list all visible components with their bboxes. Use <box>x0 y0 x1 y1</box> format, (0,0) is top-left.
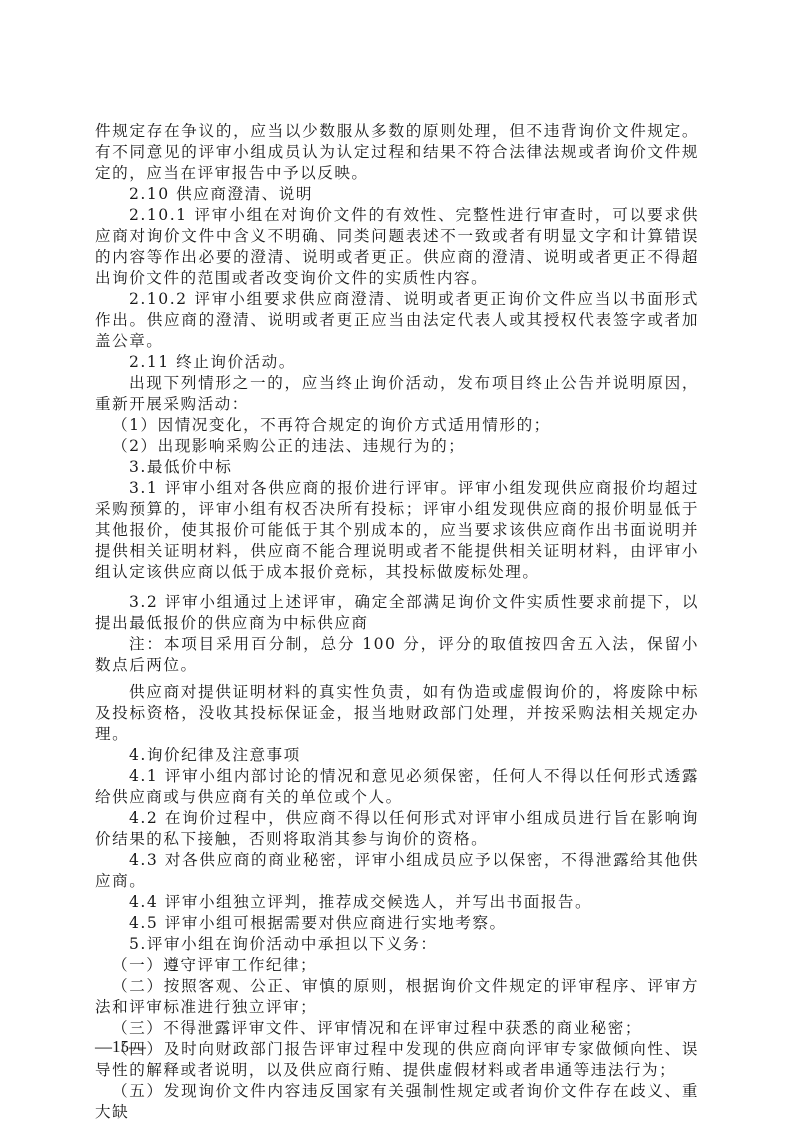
paragraph-4-2: 4.2 在询价过程中，供应商不得以任何形式对评审小组成员进行旨在影响询价结果的私… <box>95 808 699 850</box>
section-heading-2-11: 2.11 终止询价活动。 <box>95 352 699 373</box>
section-heading-3: 3.最低价中标 <box>95 457 699 478</box>
duty-item-3: （三）不得泄露评审文件、评审情况和在评审过程中获悉的商业秘密； <box>95 1018 699 1039</box>
list-item-2: （2）出现影响采购公正的违法、违规行为的； <box>95 436 699 457</box>
paragraph-4-1: 4.1 评审小组内部讨论的情况和意见必须保密，任何人不得以任何形式透露给供应商或… <box>95 766 699 808</box>
document-body: 件规定存在争议的，应当以少数服从多数的原则处理，但不违背询价文件规定。有不同意见… <box>95 121 699 1122</box>
paragraph-continuation: 件规定存在争议的，应当以少数服从多数的原则处理，但不违背询价文件规定。有不同意见… <box>95 121 699 184</box>
paragraph-2-10-1: 2.10.1 评审小组在对询价文件的有效性、完整性进行审查时，可以要求供应商对询… <box>95 205 699 289</box>
paragraph-3-1: 3.1 评审小组对各供应商的报价进行评审。评审小组发现供应商报价均超过采购预算的… <box>95 478 699 583</box>
duty-item-2: （二）按照客观、公正、审慎的原则，根据询价文件规定的评审程序、评审方法和评审标准… <box>95 976 699 1018</box>
list-item-1: （1）因情况变化，不再符合规定的询价方式适用情形的； <box>95 415 699 436</box>
section-heading-4: 4.询价纪律及注意事项 <box>95 745 699 766</box>
paragraph-4-4: 4.4 评审小组独立评判，推荐成交候选人，并写出书面报告。 <box>95 892 699 913</box>
duty-item-1: （一）遵守评审工作纪律； <box>95 955 699 976</box>
paragraph-termination-conditions: 出现下列情形之一的，应当终止询价活动，发布项目终止公告并说明原因，重新开展采购活… <box>95 373 699 415</box>
paragraph-2-10-2: 2.10.2 评审小组要求供应商澄清、说明或者更正询价文件应当以书面形式作出。供… <box>95 289 699 352</box>
section-heading-5: 5.评审小组在询价活动中承担以下义务： <box>95 934 699 955</box>
paragraph-note: 注：本项目采用百分制，总分 100 分，评分的取值按四舍五入法，保留小数点后两位… <box>95 634 699 676</box>
page-number: —15— <box>95 1037 146 1057</box>
duty-item-4: （四）及时向财政部门报告评审过程中发现的供应商向评审专家做倾向性、误导性的解释或… <box>95 1039 699 1081</box>
paragraph-supplier-responsibility: 供应商对提供证明材料的真实性负责，如有伪造或虚假询价的，将废除中标及投标资格，没… <box>95 682 699 745</box>
paragraph-4-3: 4.3 对各供应商的商业秘密，评审小组成员应予以保密，不得泄露给其他供应商。 <box>95 850 699 892</box>
paragraph-3-2: 3.2 评审小组通过上述评审，确定全部满足询价文件实质性要求前提下，以提出最低报… <box>95 592 699 634</box>
duty-item-5: （五）发现询价文件内容违反国家有关强制性规定或者询价文件存在歧义、重大缺 <box>95 1081 699 1122</box>
paragraph-4-5: 4.5 评审小组可根据需要对供应商进行实地考察。 <box>95 913 699 934</box>
section-heading-2-10: 2.10 供应商澄清、说明 <box>95 184 699 205</box>
